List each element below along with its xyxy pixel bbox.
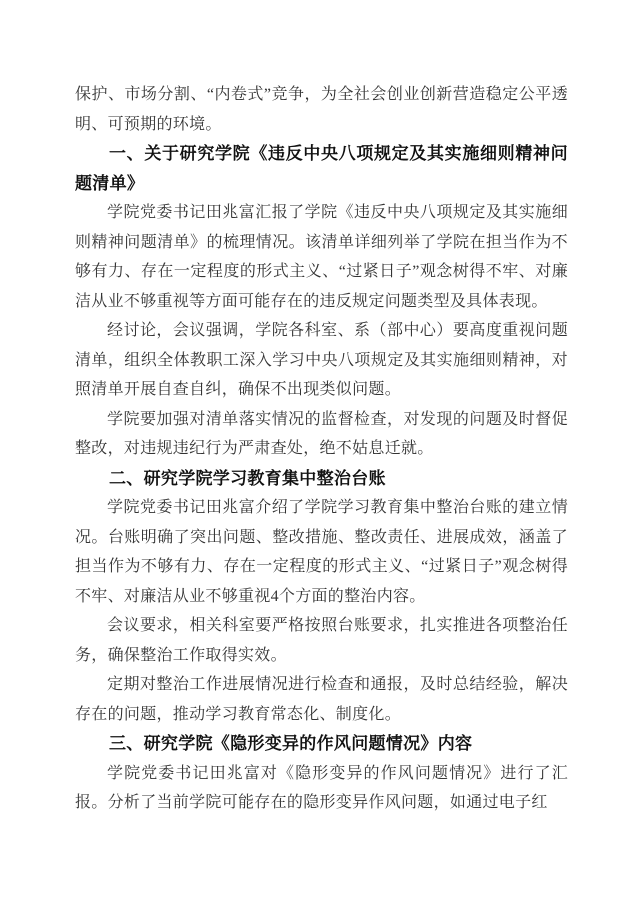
paragraph: 学院要加强对清单落实情况的监督检查，对发现的问题及时督促整改，对违规违纪行为严肃…: [75, 405, 568, 464]
section-heading: 三、研究学院《隐形变异的作风问题情况》内容: [75, 729, 568, 759]
document-body: 保护、市场分割、“内卷式”竞争，为全社会创业创新营造稳定公平透明、可预期的环境。…: [75, 80, 568, 818]
paragraph: 保护、市场分割、“内卷式”竞争，为全社会创业创新营造稳定公平透明、可预期的环境。: [75, 80, 568, 139]
paragraph: 学院党委书记田兆富介绍了学院学习教育集中整治台账的建立情况。台账明确了突出问题、…: [75, 493, 568, 611]
section-heading: 一、关于研究学院《违反中央八项规定及其实施细则精神问题清单》: [75, 139, 568, 198]
paragraph: 会议要求，相关科室要严格按照台账要求，扎实推进各项整治任务，确保整治工作取得实效…: [75, 611, 568, 670]
paragraph: 学院党委书记田兆富汇报了学院《违反中央八项规定及其实施细则精神问题清单》的梳理情…: [75, 198, 568, 316]
paragraph: 经讨论，会议强调，学院各科室、系（部中心）要高度重视问题清单，组织全体教职工深入…: [75, 316, 568, 405]
document-page: 保护、市场分割、“内卷式”竞争，为全社会创业创新营造稳定公平透明、可预期的环境。…: [0, 0, 639, 905]
paragraph: 定期对整治工作进展情况进行检查和通报，及时总结经验，解决存在的问题，推动学习教育…: [75, 670, 568, 729]
paragraph: 学院党委书记田兆富对《隐形变异的作风问题情况》进行了汇报。分析了当前学院可能存在…: [75, 759, 568, 818]
section-heading: 二、研究学院学习教育集中整治台账: [75, 464, 568, 494]
